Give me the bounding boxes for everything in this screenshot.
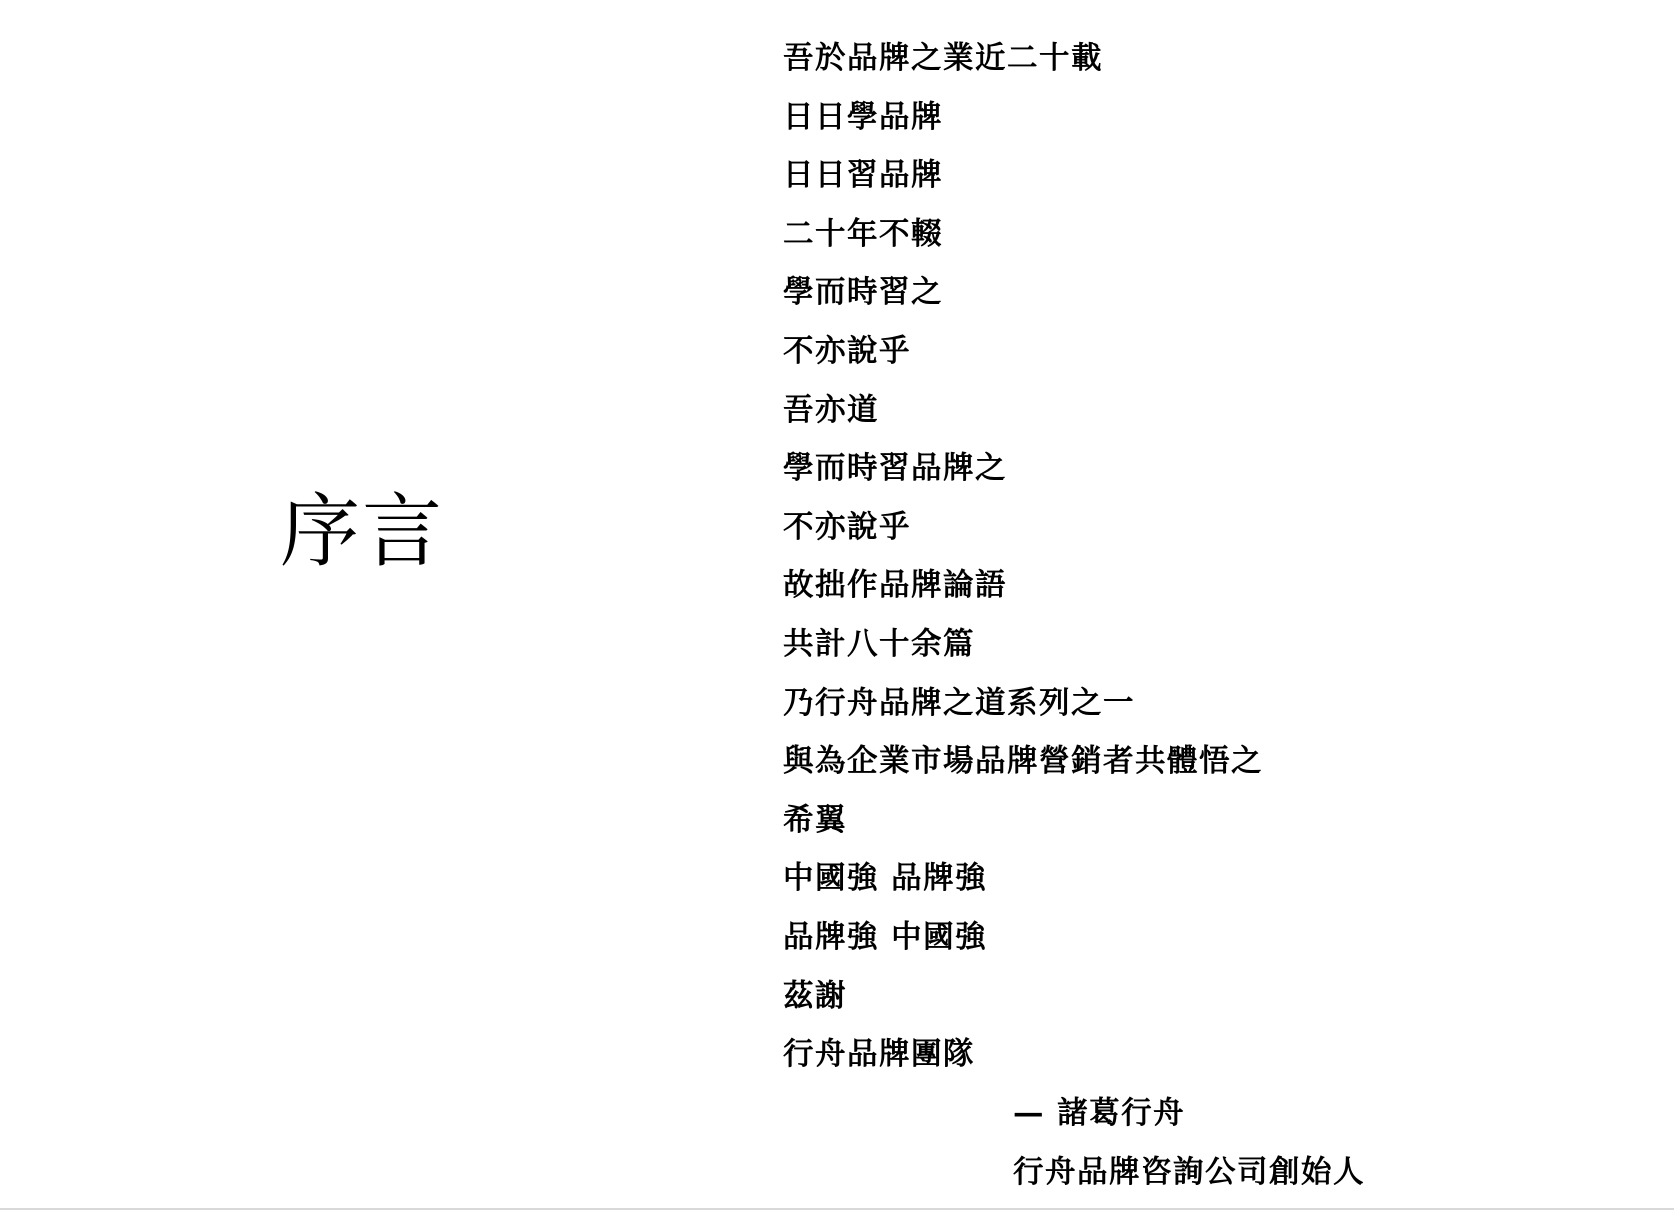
preface-line: 日日學品牌 [783, 93, 1263, 152]
preface-body: 吾於品牌之業近二十載 日日學品牌 日日習品牌 二十年不輟 學而時習之 不亦說乎 … [783, 34, 1263, 1089]
preface-line: 吾亦道 [783, 386, 1263, 445]
signature-author: — 諸葛行舟 [1013, 1089, 1365, 1148]
preface-line: 故拙作品牌論語 [783, 561, 1263, 620]
preface-line: 不亦說乎 [783, 327, 1263, 386]
preface-line: 乃行舟品牌之道系列之一 [783, 679, 1263, 738]
preface-line: 二十年不輟 [783, 210, 1263, 269]
preface-line: 行舟品牌團隊 [783, 1030, 1263, 1089]
preface-line: 中國強 品牌強 [783, 854, 1263, 913]
signature-role: 行舟品牌咨詢公司創始人 [1013, 1148, 1365, 1207]
preface-line: 學而時習之 [783, 268, 1263, 327]
preface-line: 茲謝 [783, 972, 1263, 1031]
preface-line: 吾於品牌之業近二十載 [783, 34, 1263, 93]
preface-line: 希翼 [783, 796, 1263, 855]
preface-line: 日日習品牌 [783, 151, 1263, 210]
preface-title: 序言 [280, 482, 444, 582]
preface-line: 與為企業市場品牌營銷者共體悟之 [783, 737, 1263, 796]
signature-block: — 諸葛行舟 行舟品牌咨詢公司創始人 [1013, 1089, 1365, 1206]
preface-line: 不亦說乎 [783, 503, 1263, 562]
preface-line: 學而時習品牌之 [783, 444, 1263, 503]
document-page: 序言 吾於品牌之業近二十載 日日學品牌 日日習品牌 二十年不輟 學而時習之 不亦… [0, 0, 1674, 1208]
preface-line: 共計八十余篇 [783, 620, 1263, 679]
preface-line: 品牌強 中國強 [783, 913, 1263, 972]
